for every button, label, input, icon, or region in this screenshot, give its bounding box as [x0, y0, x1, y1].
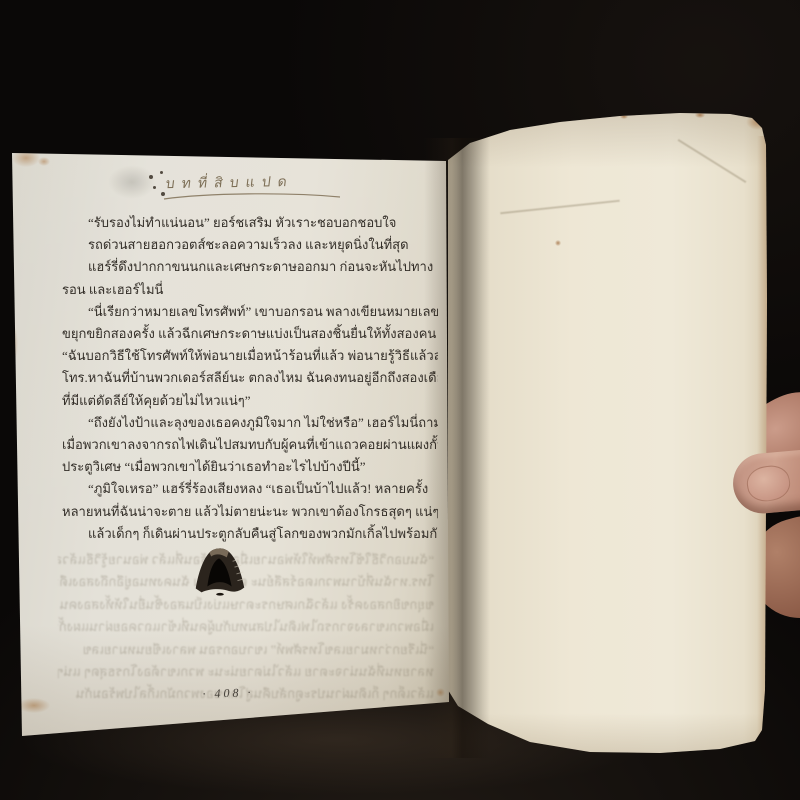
text-line: “ถึงยังไงป้าและลุงของเธอคงภูมิใจมาก ไม่ใ… [62, 412, 438, 434]
text-line: รถด่วนสายฮอกวอตส์ชะลอความเร็วลง และหยุดน… [62, 234, 438, 256]
chapter-heading: บทที่สิบแปด [164, 169, 417, 195]
foxing-speck [555, 240, 561, 246]
paper-crease [500, 200, 620, 215]
right-page [440, 108, 770, 758]
book-photo-scene: บทที่สิบแปด “ฉันบอกวิธีใช้โทรศัพท์ให้พ่อ… [0, 0, 800, 800]
text-line: แฮร์รี่ดึงปากกาขนนกและเศษกระดาษออกมา ก่อ… [62, 256, 438, 278]
ink-smudge [108, 165, 156, 199]
text-line: ที่มีแต่ดัดลีย์ให้คุยด้วยไม่ไหวแน่ๆ” [62, 390, 438, 412]
ink-dot [161, 192, 165, 196]
ghost-text-line: “นี่เรียกว่าหมายเลขโทรศัพท์” เขาบอกรอน พ… [58, 639, 434, 661]
text-line: “นี่เรียกว่าหมายเลขโทรศัพท์” เขาบอกรอน พ… [62, 301, 438, 323]
chapter-end-ornament-illustration [188, 543, 252, 599]
foxing-stain [38, 157, 50, 166]
ink-dot [149, 175, 153, 179]
text-line: โทร.หาฉันที่บ้านพวกเดอร์สลีย์นะ ตกลงไหม … [62, 367, 438, 389]
text-line: “ฉันบอกวิธีใช้โทรศัพท์ให้พ่อนายเมื่อหน้า… [62, 345, 438, 367]
foxing-stain [12, 149, 40, 167]
ghost-text-line: หลายหนที่ฉันน่าจะตาย แล้วไม่ตายน่ะนะ พวก… [58, 661, 434, 683]
foxing-speck [695, 112, 705, 118]
foxing-stain [18, 698, 50, 713]
ink-dot [153, 186, 156, 189]
text-line: แล้วเด็กๆ ก็เดินผ่านประตูกลับคืนสู่โลกขอ… [62, 523, 438, 545]
text-line: ประตูวิเศษ “เมื่อพวกเขาได้ยินว่าเธอทำอะไ… [62, 456, 438, 478]
ghost-text-line: เมื่อพวกเขาลงจากรถไฟเดินไปสมทบกับผู้คนที… [58, 616, 434, 638]
text-line: “รับรองไม่ทำแน่นอน” ยอร์ชเสริม หัวเราะชอ… [62, 212, 438, 234]
corner-wear-stain [746, 114, 770, 130]
text-line: หลายหนที่ฉันน่าจะตาย แล้วไม่ตายน่ะนะ พวก… [62, 501, 438, 523]
left-page: บทที่สิบแปด “ฉันบอกวิธีใช้โทรศัพท์ให้พ่อ… [8, 145, 452, 745]
paragraph-block: “รับรองไม่ทำแน่นอน” ยอร์ชเสริม หัวเราะชอ… [62, 212, 438, 545]
ink-dot [160, 171, 163, 174]
foxing-stain [4, 323, 18, 365]
foxing-speck [620, 114, 628, 119]
text-line: ขยุกขยิกสองครั้ง แล้วฉีกเศษกระดาษแบ่งเป็… [62, 323, 438, 345]
heading-underline [162, 191, 344, 201]
text-line: “ภูมิใจเหรอ” แฮร์รี่ร้องเสียงหลง “เธอเป็… [62, 478, 438, 500]
text-line: เมื่อพวกเขาลงจากรถไฟเดินไปสมทบกับผู้คนที… [62, 434, 438, 456]
foxing-stain [436, 688, 445, 697]
text-line: รอน และเฮอร์ไมนี่ [62, 279, 438, 301]
paper-crease [678, 139, 747, 183]
